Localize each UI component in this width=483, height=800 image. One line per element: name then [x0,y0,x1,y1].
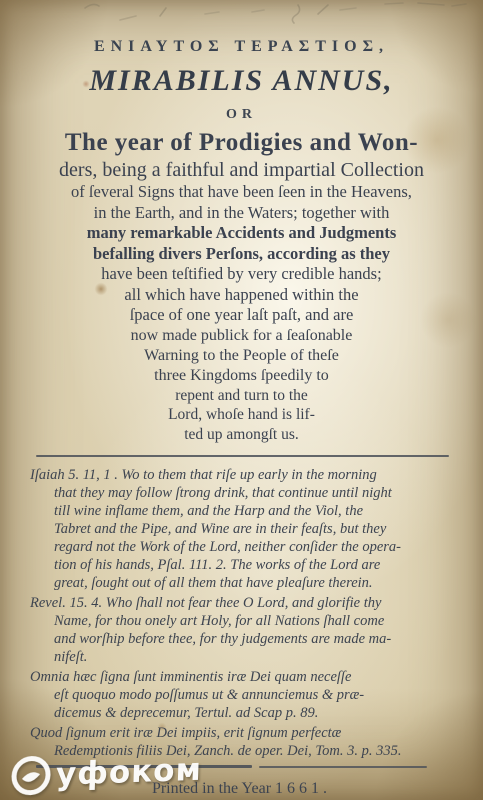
watermark-logo: уфоком [9,749,202,798]
subtitle-line: ders, being a faithful and impartial Col… [0,158,483,182]
scripture-line: Omnia hæc ſigna ſunt imminentis iræ Dei … [30,668,465,686]
scanned-title-page: ΕΝΙΑΥΤΟΣ ΤΕΡΑΣΤΙΟΣ, MIRABILIS ANNUS, OR … [0,0,483,800]
watermark-text: уфоком [55,754,202,790]
scripture-line: dicemus & deprecemur, Tertul. ad Scap p.… [30,704,465,722]
divider-rule-top [36,455,449,457]
scripture-revelation: Revel. 15. 4. Who ſhall not fear thee O … [30,594,465,666]
subtitle-line: three Kingdoms ſpeedily to [0,366,483,386]
subtitle-line: Warning to the People of theſe [0,346,483,366]
greek-title: ΕΝΙΑΥΤΟΣ ΤΕΡΑΣΤΙΟΣ, [0,38,483,56]
scripture-line: till wine inflame them, and the Harp and… [30,502,465,520]
scripture-line: nifeſt. [30,648,465,666]
divider-rule-bottom-right [259,766,427,768]
scripture-line: Quod ſignum erit iræ Dei impiis, erit ſi… [30,724,465,742]
watermark-swirl-icon [9,754,52,798]
subtitle-line: of ſeveral Signs that have been ſeen in … [0,182,483,203]
scripture-block: Iſaiah 5. 11, 1 . Wo to them that riſe u… [0,466,483,760]
subtitle-line: in the Earth, and in the Waters; togethe… [0,203,483,224]
scripture-line: and worſhip before thee, for thy judgeme… [30,630,465,648]
subtitle-line: all which have happened within the [0,285,483,306]
latin-title: MIRABILIS ANNUS, [0,64,483,98]
subtitle-line: befalling divers Perſons, according as t… [0,244,483,265]
scripture-line: great, ſought out of all them that have … [30,574,465,592]
scripture-omnia: Omnia hæc ſigna ſunt imminentis iræ Dei … [30,668,465,722]
scripture-line: Tabret and the Pipe, and Wine are in the… [30,520,465,538]
scripture-line: Iſaiah 5. 11, 1 . Wo to them that riſe u… [30,466,465,484]
subtitle-line: now made publick for a ſeaſonable [0,326,483,346]
subtitle-line: Lord, whoſe hand is lif- [0,405,483,425]
scripture-line: Name, for thou onely art Holy, for all N… [30,612,465,630]
subtitle-line: ſpace of one year laſt paſt, and are [0,305,483,326]
subtitle-line: The year of Prodigies and Won- [0,127,483,158]
scripture-line: regard not the Work of the Lord, neither… [30,538,465,556]
subtitle-line: ted up amongſt us. [0,425,483,445]
or-label: OR [0,107,483,123]
subtitle-line: have been teſtified by very credible han… [0,264,483,285]
scripture-line: eſt quoquo modo poſſumus ut & annunciemu… [30,686,465,704]
scripture-line: that they may follow ſtrong drink, that … [30,484,465,502]
subtitle-block: The year of Prodigies and Won- ders, bei… [0,127,483,444]
subtitle-line: repent and turn to the [0,386,483,406]
imprint-year: 1661. [275,780,331,797]
scripture-line: tion of his hands, Pſal. 111. 2. The wor… [30,556,465,574]
subtitle-line: many remarkable Accidents and Judgments [0,223,483,244]
scripture-line: Revel. 15. 4. Who ſhall not fear thee O … [30,594,465,612]
scripture-isaiah: Iſaiah 5. 11, 1 . Wo to them that riſe u… [30,466,465,592]
